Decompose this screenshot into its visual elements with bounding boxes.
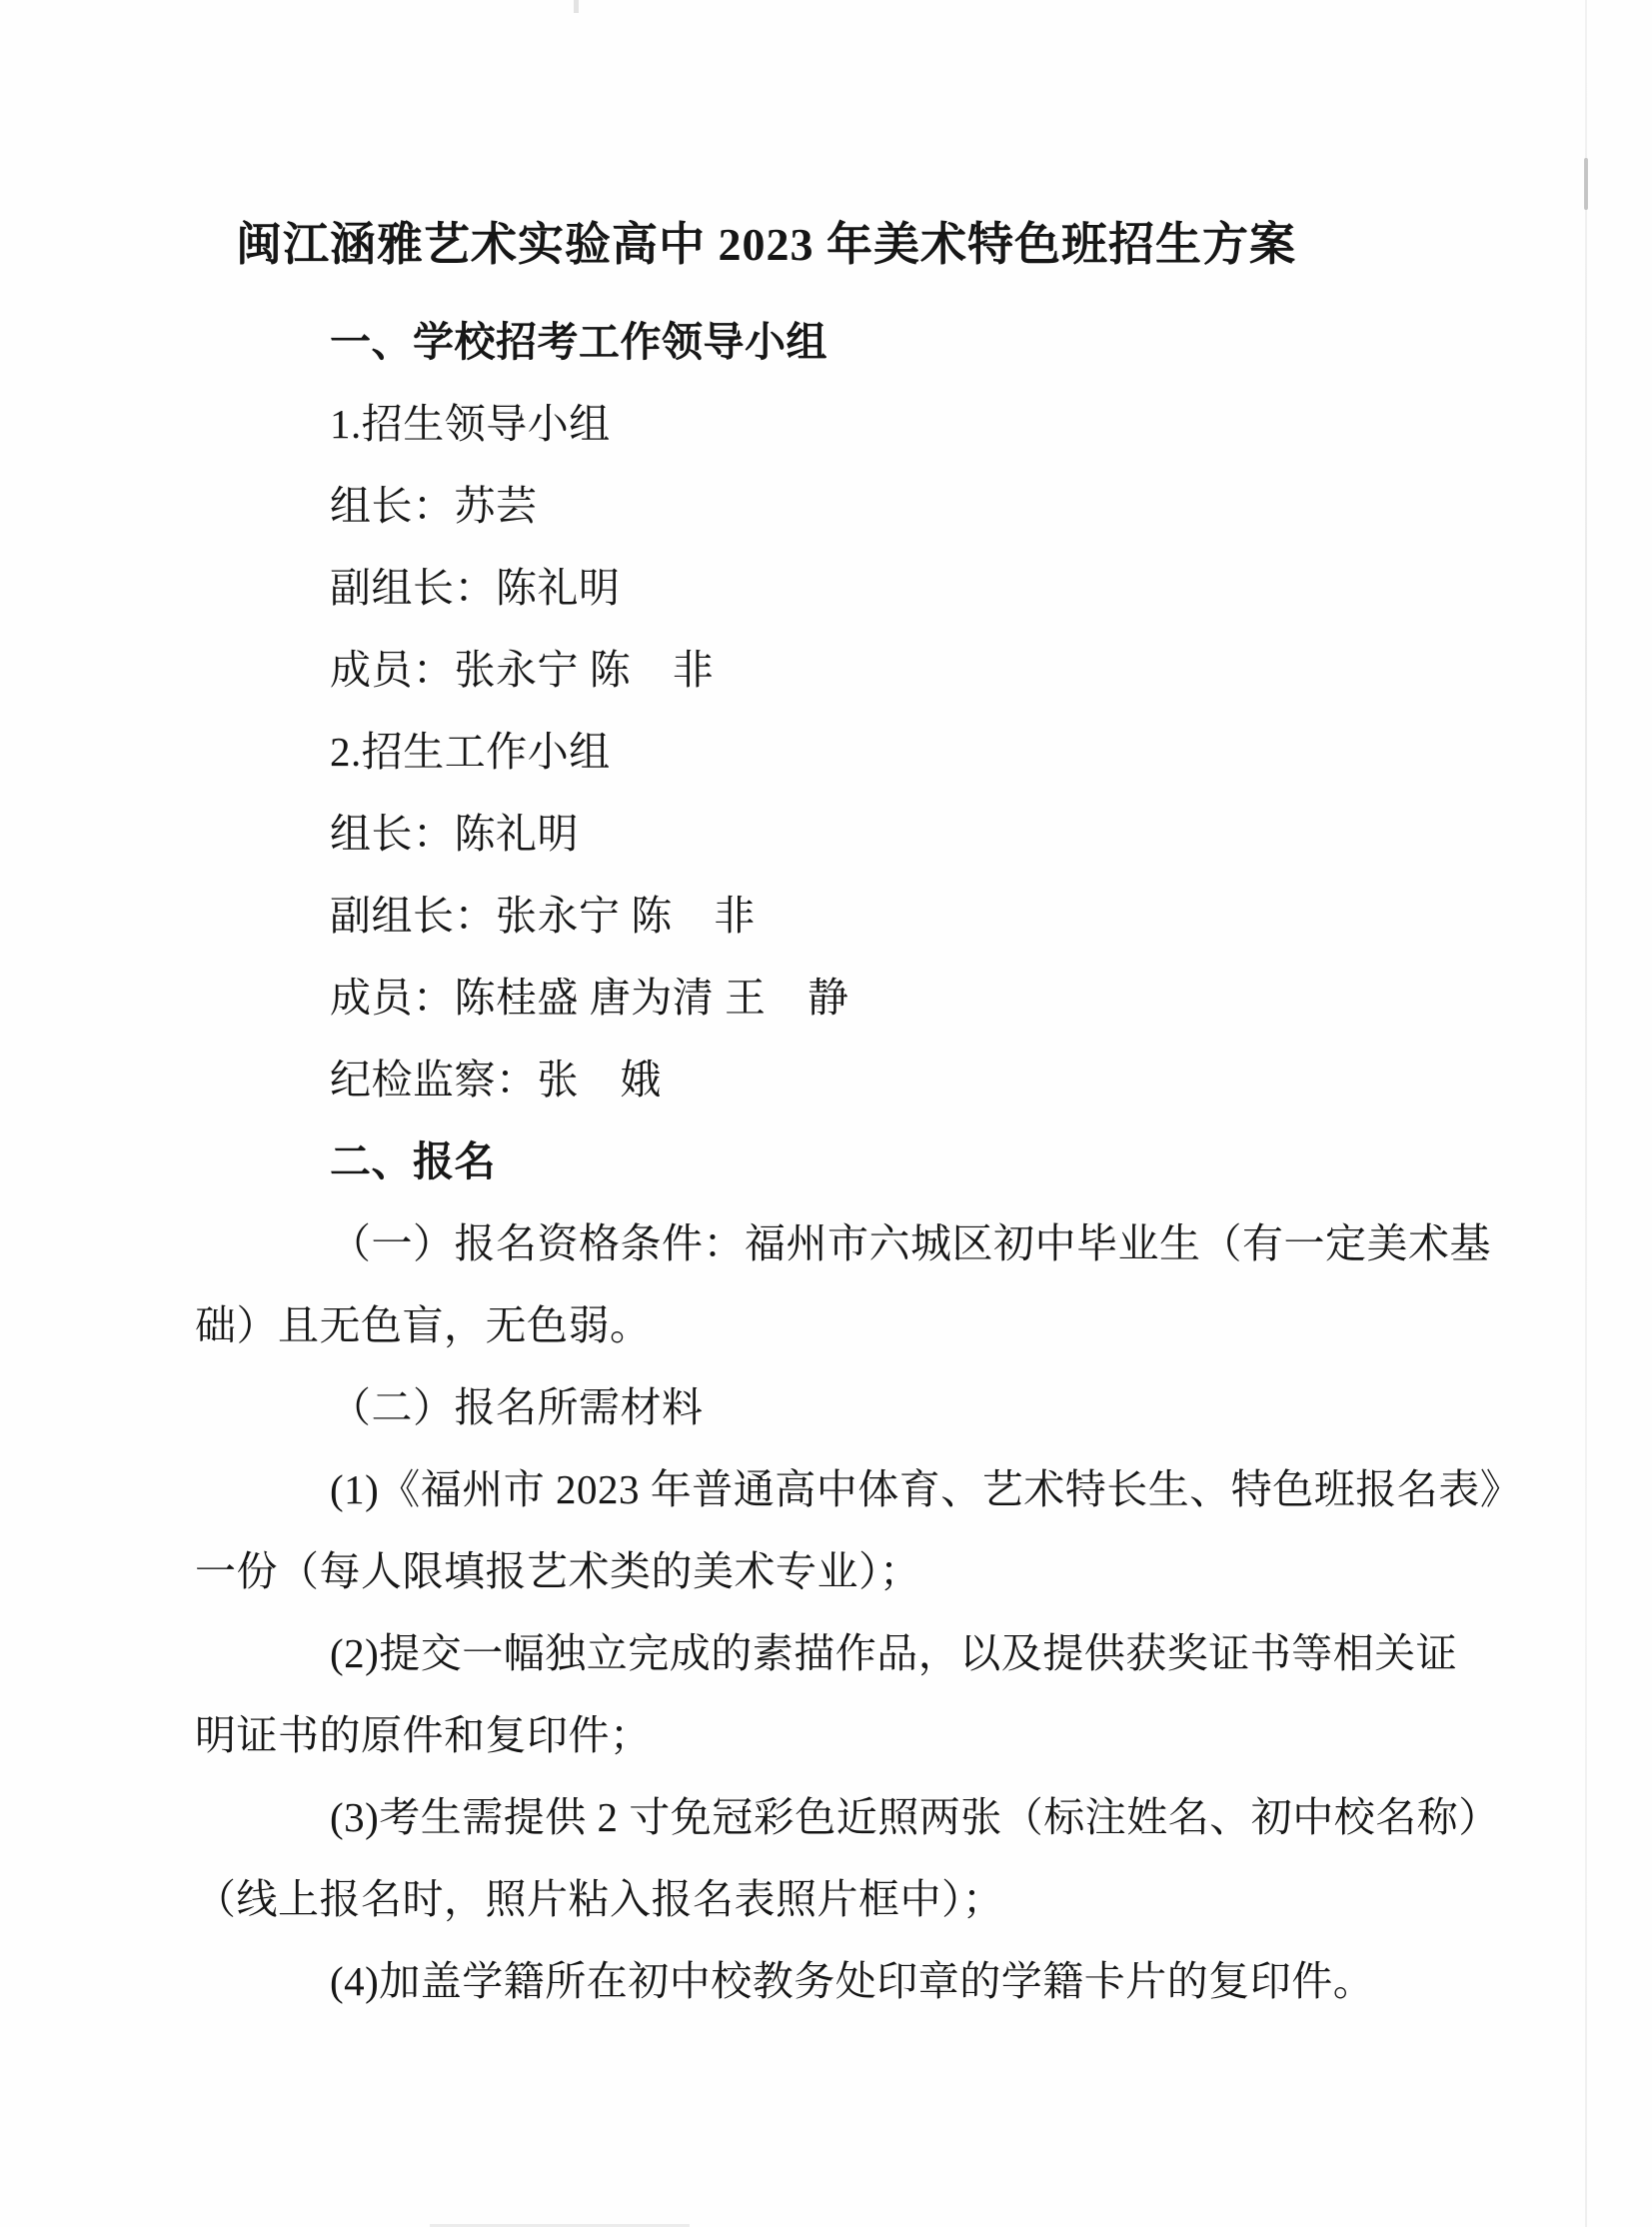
text-line: 二、报名 bbox=[195, 1120, 1592, 1202]
scan-speck-top bbox=[574, 0, 579, 13]
text-line: (2)提交一幅独立完成的素描作品，以及提供获奖证书等相关证 bbox=[195, 1612, 1592, 1694]
text-line: 纪检监察：张 娥 bbox=[195, 1039, 1592, 1120]
scan-smudge-mark bbox=[1584, 158, 1588, 210]
text-line: 一份（每人限填报艺术类的美术专业）； bbox=[195, 1530, 1592, 1612]
text-line: 成员：张永宁 陈 非 bbox=[195, 629, 1592, 711]
document-body: 一、学校招考工作领导小组1.招生领导小组组长：苏芸副组长：陈礼明成员：张永宁 陈… bbox=[195, 301, 1592, 2022]
text-line: (4)加盖学籍所在初中校教务处印章的学籍卡片的复印件。 bbox=[195, 1940, 1592, 2022]
text-line: （一）报名资格条件：福州市六城区初中毕业生（有一定美术基 bbox=[195, 1202, 1592, 1284]
text-line: 副组长：陈礼明 bbox=[195, 547, 1592, 629]
text-line: （线上报名时，照片粘入报名表照片框中）； bbox=[195, 1858, 1592, 1940]
document-title: 闽江涵雅艺术实验高中 2023 年美术特色班招生方案 bbox=[110, 203, 1422, 287]
text-line: 一、学校招考工作领导小组 bbox=[195, 301, 1592, 383]
text-line: 明证书的原件和复印件； bbox=[195, 1694, 1592, 1776]
text-line: 1.招生领导小组 bbox=[195, 383, 1592, 465]
text-line: 成员：陈桂盛 唐为清 王 静 bbox=[195, 957, 1592, 1039]
document-page: 闽江涵雅艺术实验高中 2023 年美术特色班招生方案 一、学校招考工作领导小组1… bbox=[0, 0, 1652, 2227]
text-line: 2.招生工作小组 bbox=[195, 711, 1592, 793]
text-line: (3)考生需提供 2 寸免冠彩色近照两张（标注姓名、初中校名称） bbox=[195, 1776, 1592, 1858]
text-line: 副组长：张永宁 陈 非 bbox=[195, 875, 1592, 957]
scan-crease-line bbox=[1585, 0, 1587, 2227]
text-line: 础）且无色盲，无色弱。 bbox=[195, 1284, 1592, 1366]
text-line: 组长：陈礼明 bbox=[195, 793, 1592, 875]
text-line: (1)《福州市 2023 年普通高中体育、艺术特长生、特色班报名表》 bbox=[195, 1448, 1592, 1530]
text-line: 组长：苏芸 bbox=[195, 465, 1592, 547]
text-line: （二）报名所需材料 bbox=[195, 1366, 1592, 1448]
